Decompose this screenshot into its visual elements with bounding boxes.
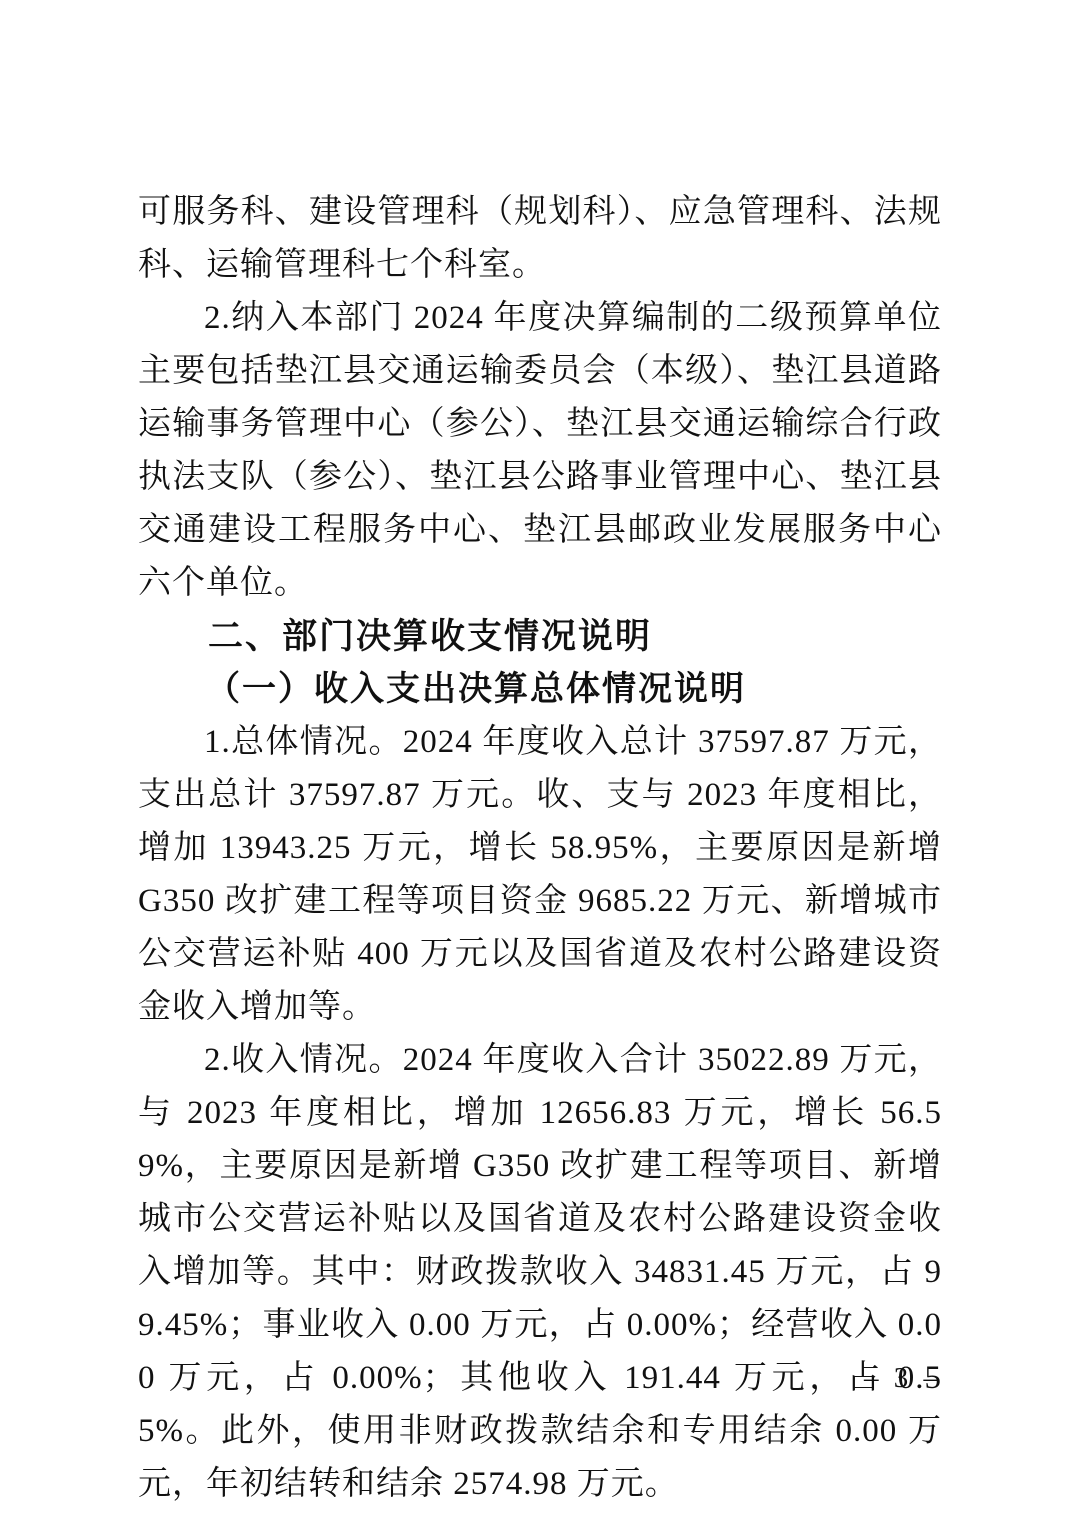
- document-body: 可服务科、建设管理科（规划科）、应急管理科、法规科、运输管理科七个科室。 2.纳…: [138, 186, 942, 1511]
- page-number: – 3 –: [864, 1360, 942, 1396]
- section-heading-budget-overview: 二、部门决算收支情况说明: [138, 610, 942, 663]
- document-page: 可服务科、建设管理科（规划科）、应急管理科、法规科、运输管理科七个科室。 2.纳…: [0, 0, 1075, 1520]
- body-paragraph-overall-situation: 1.总体情况。2024 年度收入总计 37597.87 万元，支出总计 3759…: [138, 716, 942, 1034]
- body-paragraph-income-situation: 2.收入情况。2024 年度收入合计 35022.89 万元，与 2023 年度…: [138, 1034, 942, 1511]
- body-paragraph-budget-units: 2.纳入本部门 2024 年度决算编制的二级预算单位主要包括垫江县交通运输委员会…: [138, 292, 942, 610]
- subsection-heading-income-expenditure: （一）收入支出决算总体情况说明: [138, 663, 942, 716]
- body-paragraph-continuation: 可服务科、建设管理科（规划科）、应急管理科、法规科、运输管理科七个科室。: [138, 186, 942, 292]
